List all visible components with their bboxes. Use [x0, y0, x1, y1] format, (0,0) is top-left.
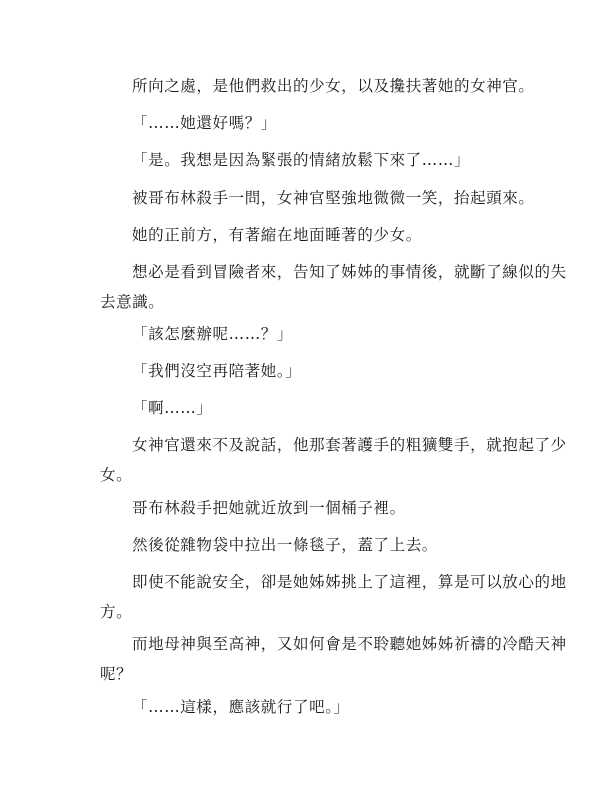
text-line: 女神官還來不及說話，他那套著護手的粗獷雙手，就抱起了少: [100, 430, 520, 460]
paragraph: 女神官還來不及說話，他那套著護手的粗獷雙手，就抱起了少 女。: [100, 430, 520, 490]
paragraph: 然後從雜物袋中拉出一條毯子，蓋了上去。: [100, 530, 520, 560]
paragraph: 而地母神與至高神，又如何會是不聆聽她姊姊祈禱的冷酷天神 呢？: [100, 629, 520, 689]
dialog-paragraph: 「……這樣，應該就行了吧。」: [100, 692, 520, 722]
dialog-paragraph: 「……她還好嗎？」: [100, 108, 520, 138]
text-line: 而地母神與至高神，又如何會是不聆聽她姊姊祈禱的冷酷天神: [100, 629, 520, 659]
dialog-paragraph: 「我們沒空再陪著她。」: [100, 356, 520, 386]
text-line: 哥布林殺手把她就近放到一個桶子裡。: [100, 493, 520, 523]
paragraph: 她的正前方，有著縮在地面睡著的少女。: [100, 220, 520, 250]
document-page: 所向之處，是他們救出的少女，以及攙扶著她的女神官。 「……她還好嗎？」 「是。我…: [0, 0, 612, 792]
text-line: 所向之處，是他們救出的少女，以及攙扶著她的女神官。: [100, 71, 520, 101]
text-line: 想必是看到冒險者來，告知了姊姊的事情後，就斷了線似的失: [100, 257, 520, 287]
paragraph: 所向之處，是他們救出的少女，以及攙扶著她的女神官。: [100, 71, 520, 101]
text-line: 她的正前方，有著縮在地面睡著的少女。: [100, 220, 520, 250]
text-line: 即使不能說安全，卻是她姊姊挑上了這裡，算是可以放心的地: [100, 567, 520, 597]
text-line: 「……她還好嗎？」: [100, 108, 520, 138]
text-line: 去意識。: [100, 287, 520, 317]
text-line: 被哥布林殺手一問，女神官堅強地微微一笑，抬起頭來。: [100, 183, 520, 213]
text-line: 「啊……」: [100, 393, 520, 423]
paragraph: 即使不能說安全，卻是她姊姊挑上了這裡，算是可以放心的地 方。: [100, 567, 520, 627]
text-line: 「我們沒空再陪著她。」: [100, 356, 520, 386]
text-line: 女。: [100, 460, 520, 490]
text-line: 「……這樣，應該就行了吧。」: [100, 692, 520, 722]
text-line: 方。: [100, 597, 520, 627]
text-line: 「是。我想是因為緊張的情緒放鬆下來了……」: [100, 145, 520, 175]
paragraph: 想必是看到冒險者來，告知了姊姊的事情後，就斷了線似的失 去意識。: [100, 257, 520, 317]
paragraph: 哥布林殺手把她就近放到一個桶子裡。: [100, 493, 520, 523]
text-line: 呢？: [100, 659, 520, 689]
text-line: 「該怎麼辦呢……？」: [100, 319, 520, 349]
text-line: 然後從雜物袋中拉出一條毯子，蓋了上去。: [100, 530, 520, 560]
dialog-paragraph: 「是。我想是因為緊張的情緒放鬆下來了……」: [100, 145, 520, 175]
dialog-paragraph: 「啊……」: [100, 393, 520, 423]
paragraph: 被哥布林殺手一問，女神官堅強地微微一笑，抬起頭來。: [100, 183, 520, 213]
dialog-paragraph: 「該怎麼辦呢……？」: [100, 319, 520, 349]
